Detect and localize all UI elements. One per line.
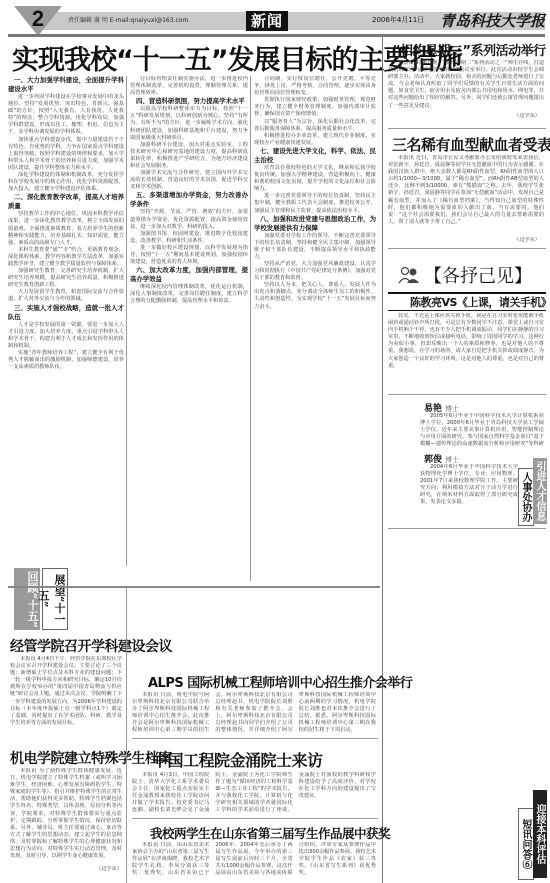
main-article-col2: 行目标管理责任制实施办法，进一步推进校内管理体制改革，完善机构设置，理顺管理关系… [130, 76, 248, 581]
article-divider [388, 128, 546, 129]
section-subheading: 八、加强和改进党建与思想政治工作，为学校发展提供有力保障 [254, 215, 376, 233]
talent-sidebox-right: 引进人才信息 [533, 458, 547, 524]
qa-list [420, 534, 544, 804]
paragraph: 人才是学校发展的第一资源。要进一步加大人才引进力度，加大培养力度，重点引进学科带… [8, 322, 124, 350]
article-divider [132, 818, 378, 819]
paragraph: 合同制，实行按岗位聘任，公开竞聘，平等竞争，择优上岗，严格考核，合同管理，逐步实… [254, 76, 376, 97]
section-subheading: 五、多渠道增加办学资金，努力改善办学条件 [130, 191, 248, 209]
talent-bio: 2004年6月毕业于中国科学技术大学获物理化学博士学位，专业：应用物理。2001… [420, 464, 518, 520]
qa-sidebox-right: 迎接本科评估 [533, 790, 547, 878]
paragraph: 深化学科建设的体制和机制改革，充分发挥学科在学校发展中的核心作用，优化学科资源配… [8, 172, 124, 193]
paragraph: 进一步巩固学科建设在学校事业发展中的龙头地位。坚持“发展优势、突出特色、育新兴、… [8, 94, 124, 137]
paragraph: 加强研究生教育，完善研究生培养机制，扩大研究生培养规模，提高研究生培养质量，积极… [8, 268, 124, 289]
article-body: 本报讯 日前，由山东省美术家协会主办的“山东省第三届写生作品展”在济南揭晓，我校… [132, 842, 376, 882]
opinion-column-name: 【各抒己见】 [424, 262, 532, 288]
article-divider [132, 738, 378, 739]
paragraph: 大力发展留学生教育，拓宽国际交流与合作渠道，扩大对外交流与合作的领域。 [8, 289, 124, 303]
paragraph: 行目标管理责任制实施办法，进一步推进校内管理体制改革，完善机构设置，理顺管理关系… [130, 76, 248, 97]
section-subheading: 一、大力加强学科建设，全面提升学科建设水平 [8, 76, 124, 94]
paragraph: 加强党委对学校工作的领导，不断完善党委领导下的校长负责制，坚持和健全民主集中制，… [254, 233, 376, 261]
article-title: 三名稀有血型献血者受表扬 [392, 134, 550, 155]
section-subheading: 二、深化教育教学改革，提高人才培养质量 [8, 193, 124, 211]
review-box: 回顾“十五” 展望“十一五” [14, 568, 70, 630]
masthead: 青岛科技大学报 [440, 10, 545, 31]
article-title: 机电学院建立特殊学生档案 [10, 748, 172, 768]
article-title: ALPS 国际机械工程师培训中心招生推介会举行 [148, 672, 412, 691]
column-divider [382, 36, 383, 883]
article-title: 中国工程院金涌院士来访 [152, 748, 323, 771]
paragraph: 坚持教学工作的中心地位，巩固本科教学评估成果，进一步深化教育教学改革，树立全面发… [8, 211, 124, 246]
article-body: 本报讯 为了使特殊学生群体健康发展，近日，机电学院建立了特殊学生档案（或叫学习困… [10, 768, 122, 864]
paragraph: 加强图书馆、校园网建设，推进数字化校园建设，改善教学、科研和生活条件。 [130, 231, 248, 245]
opinion-body: 其实，不光是上课应该关掉手机，我是在自习室时也常能被手机闹铃或通话铃声所打扰。可… [388, 313, 544, 389]
section-subheading: 七、建设先进大学文化，科学、依法、民主治校 [254, 147, 376, 165]
qa-list-tail [420, 804, 516, 874]
main-article-col1: 一、大力加强学科建设，全面提升学科建设水平进一步巩固学科建设在学校事业发展中的龙… [8, 76, 124, 566]
column-divider [250, 76, 251, 581]
column-divider [126, 76, 127, 566]
header-rule [8, 34, 545, 37]
paragraph: 加强学术交流与合作研究，建立国内外学术交流的长效机制，营造良好的学术氛围，促进学… [130, 170, 248, 191]
article-divider [388, 528, 546, 529]
paragraph: 积极推进校办企业改革，建立现代企业制度，实现校办产业健康快速发展。 [254, 133, 376, 147]
paragraph: 贯彻执行国家财经政策，加强财务管理，规范财务行为，建立健全财务管理制度，加强内部… [254, 97, 376, 118]
main-headline: 实现我校“十一五”发展目标的主要措施 [12, 38, 382, 77]
section-subheading: 三、实施人才强校战略，造就一批人才队伍 [8, 304, 124, 322]
byline: （边学东） [480, 113, 540, 120]
byline: （边学东） [480, 237, 540, 244]
article-title: 我校两学生在山东省第三届写生作品展中获奖 [150, 824, 390, 842]
paragraph: 本科生教育要“通”“专”结合，更新教育观念，深化课程体系、教学内容和教学方法改革… [8, 247, 124, 268]
section-label: 新闻 [246, 11, 288, 31]
paragraph: 以“服务育人”为宗旨，深化后勤社会化改革，完善后勤服务保障体系，提高服务质量和水… [254, 119, 376, 133]
article-body: 本报讯 4月3日，中国工程院院士、清华大学化工系学术委员会主任、国家化工重点实验… [132, 772, 376, 816]
main-article-col3: 合同制，实行按岗位聘任，公开竞聘，平等竞争，择优上岗，严格考核，合同管理，逐步实… [254, 76, 376, 581]
column-divider [126, 588, 127, 883]
article-divider [388, 248, 546, 249]
issue-date: 2006年4月11日 [372, 15, 424, 25]
opinion-title: 陈教亮VS《上课，请关手机》 [410, 294, 550, 310]
article-title: 经管学院召开学科建设会议 [10, 636, 172, 656]
main-article-col1-tail [74, 568, 124, 630]
article-title: “相约星期二”系列活动举行 [392, 40, 546, 59]
section-subheading: 六、加大改革力度，加强内部管理，提高办学效益 [130, 266, 248, 284]
page-number: 2 [20, 6, 56, 32]
paragraph: 加快重点学科建设步伐，集中力量建设若干个有特色、有优势的学科，力争在国家重点学科… [8, 137, 124, 172]
talent-bio: 2005年6月毕业于中国科学技术大学计算机系获博士学位，2000年6月毕业于青岛… [420, 413, 544, 447]
paragraph: 加强科研平台建设，加大对重点实验室、工程技术研究中心和研究基地的建设力度，提高科… [130, 142, 248, 170]
section-subheading: 四、营造科研氛围，努力提高学术水平 [130, 97, 248, 106]
paragraph: 实施“青年教师培养工程”，建立健全有利于优秀人才脱颖而出的激励机制，加强师德建设… [8, 350, 124, 371]
paragraph: 坚持从严治党，大力加强党风廉政建设，认真学习和贯彻执行《中国共产党纪律处分条例》… [254, 261, 376, 282]
article-body: 本报讯 日前，机电学院与阿尔卑斯科技北京有限公司联合举办了阿尔卑斯科技国际机械工… [132, 692, 376, 736]
paragraph: 培育具有我校特色的大学文化，继承和弘扬学校优良传统，加强大学精神建设，营造积极向… [254, 165, 376, 193]
editor-label: 责任编辑 谢 明 E-mail:qnaiyuxi@163.com [68, 15, 188, 24]
paragraph: 进一步完善党委领导下的校长负责制，坚持民主集中制，健全教职工代表大会制度，推进校… [254, 193, 376, 214]
byline: （边学东） [70, 866, 122, 873]
article-body: 本报讯 近日，青岛市公民义务献血办公室给我校发来表扬信，对张新宇、孙廷岩、成晨静… [388, 155, 544, 235]
paragraph: 坚持“开源、节流、严管、增效”的方针，多渠道筹措办学资金，优化资源配置，提高资金… [130, 209, 248, 230]
article-body: 本报讯 4月6日晚，“相约星期二”系列活动之一“师生在线，打造我们的家园”活动在… [388, 60, 544, 120]
section-divider [8, 586, 380, 588]
paragraph: 继续深化校内管理体制改革，优化运行机制，深化人事制度改革，完善岗位聘任制度，建立… [130, 284, 248, 305]
opinion-icon [398, 264, 420, 284]
article-divider [388, 394, 546, 395]
review-box-right: 展望“十一五” [42, 568, 68, 630]
paragraph: 进一步做好校区建设规划，以科学发展观为指导，按照“十一五”期间基本建设规划，加强… [130, 245, 248, 266]
opinion-title-rule [388, 310, 546, 311]
paragraph: 坚持以人为本，把关心人、尊重人、发展人作为出发点和落脚点，充分调动全体师生员工的… [254, 282, 376, 310]
paragraph: 以提高学校科研整体实力为目标，按照“十一五”科研发展规划，以科研创新为核心，坚持… [130, 106, 248, 141]
article-body: 本报讯 4月4日下午，经管学院在东部校区学校会议室召开学科建设会议。主要讨论了三… [10, 656, 122, 726]
